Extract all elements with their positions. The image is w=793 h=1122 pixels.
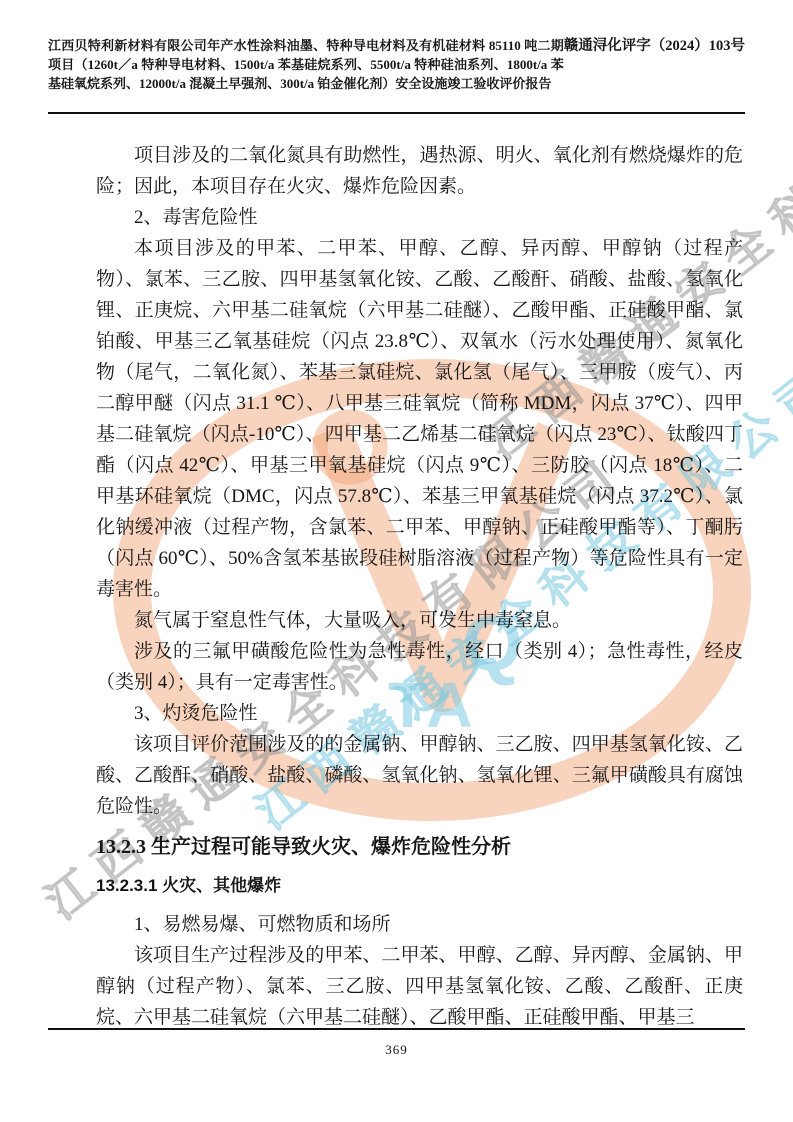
page-number: 369 (0, 1042, 793, 1058)
paragraph: 氮气属于窒息性气体，大量吸入，可发生中毒窒息。 (96, 605, 743, 636)
paragraph: 该项目生产过程涉及的甲苯、二甲苯、甲醇、乙醇、异丙醇、金属钠、甲醇钠（过程产物）… (96, 940, 743, 1033)
subsection-heading: 13.2.3.1 火灾、其他爆炸 (96, 874, 743, 898)
page-header: 赣通浔化评字（2024）103号 江西贝特利新材料有限公司年产水性涂料油墨、特种… (48, 36, 745, 93)
footer-rule (48, 1028, 745, 1030)
list-item-heading: 1、易燃易爆、可燃物质和场所 (96, 909, 743, 940)
list-item-heading: 2、毒害危险性 (96, 202, 743, 233)
paragraph: 项目涉及的二氧化氮具有助燃性，遇热源、明火、氧化剂有燃烧爆炸的危险；因此，本项目… (96, 140, 743, 202)
paragraph: 本项目涉及的甲苯、二甲苯、甲醇、乙醇、异丙醇、甲醇钠（过程产物）、氯苯、三乙胺、… (96, 233, 743, 605)
paragraph: 该项目评价范围涉及的的金属钠、甲醇钠、三乙胺、四甲基氢氧化铵、乙酸、乙酸酐、硝酸… (96, 729, 743, 822)
report-title: 江西贝特利新材料有限公司年产水性涂料油墨、特种导电材料及有机硅材料 85110 … (48, 38, 564, 91)
header-rule (48, 112, 745, 114)
document-page: 江西赣通安全科技有限公司 江西赣通安全科技有限公司 江西赣通安全科技有限公司 Q… (0, 0, 793, 1122)
doc-number: 赣通浔化评字（2024）103号 (564, 37, 745, 56)
list-item-heading: 3、灼烫危险性 (96, 698, 743, 729)
document-body: 项目涉及的二氧化氮具有助燃性，遇热源、明火、氧化剂有燃烧爆炸的危险；因此，本项目… (96, 140, 743, 1033)
section-heading: 13.2.3 生产过程可能导致火灾、爆炸危险性分析 (96, 833, 743, 861)
paragraph: 涉及的三氟甲磺酸危险性为急性毒性，经口（类别 4）；急性毒性，经皮（类别 4）；… (96, 636, 743, 698)
